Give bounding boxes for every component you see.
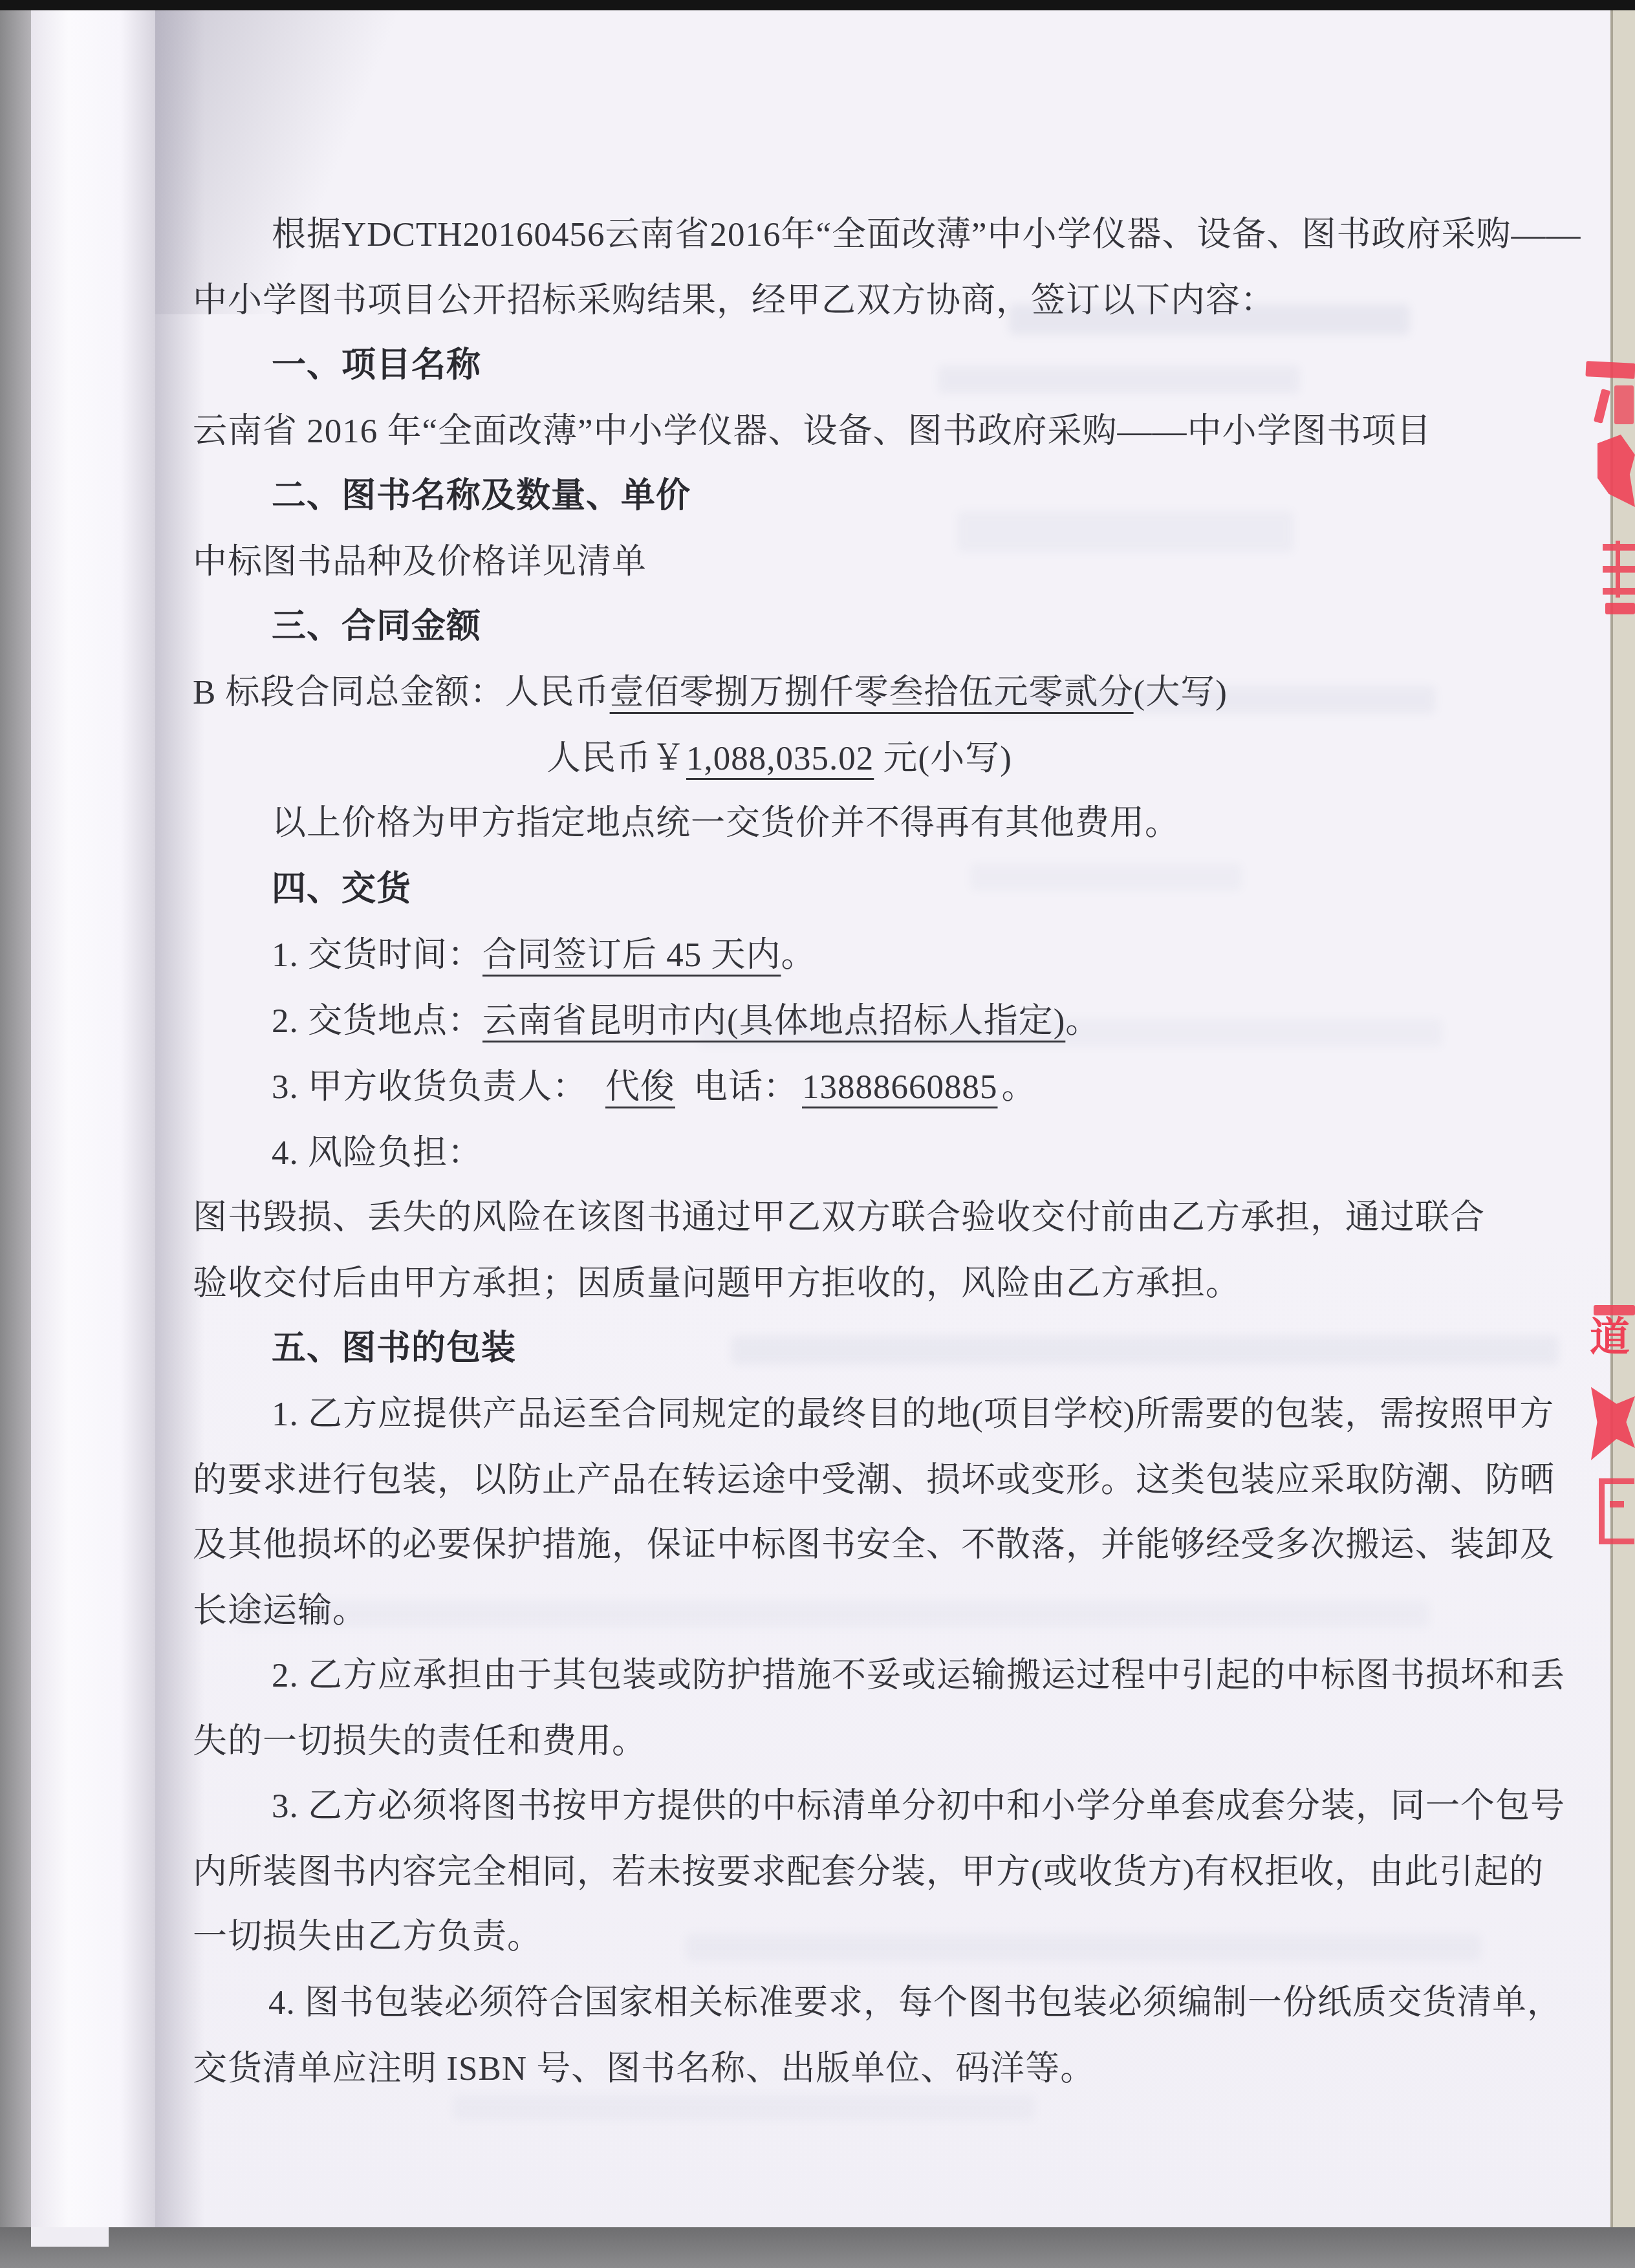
packing-2-line-1: 2. 乙方应承担由于其包装或防护措施不妥或运输搬运过程中引起的中标图书损坏和丢 (272, 1654, 1565, 1697)
receiver-label: 3. 甲方收货负责人： (272, 1068, 587, 1106)
packing-2-line-2: 失的一切损失的责任和费用。 (193, 1720, 647, 1763)
packing-4-line-1: 4. 图书包装必须符合国家相关标准要求，每个图书包装必须编制一份纸质交货清单， (268, 1982, 1562, 2024)
scanner-right-edge (1610, 10, 1635, 2230)
packing-1-line-1: 1. 乙方应提供产品运至合同规定的最终目的地(项目学校)所需要的包装，需按照甲方 (272, 1393, 1554, 1436)
receiver-name: 代俊 (587, 1068, 693, 1106)
seal-character-dao: 道 (1590, 1318, 1630, 1358)
delivery-time-value: 合同签订后 45 天内 (482, 936, 781, 974)
underlying-page-edge (31, 10, 155, 2230)
receiver-phone-label: 电话： (693, 1068, 798, 1106)
packing-3-line-2: 内所装图书内容完全相同，若未按要求配套分装，甲方(或收货方)有权拒收，由此引起的 (193, 1851, 1544, 1894)
receiver-line: 3. 甲方收货负责人：代俊电话：13888660885。 (272, 1066, 1037, 1108)
risk-body-line-2: 验收交付后由甲方承担；因质量问题甲方拒收的，风险由乙方承担。 (193, 1262, 1240, 1305)
seal-stroke (1605, 603, 1635, 614)
seal-stroke (1585, 361, 1635, 379)
contract-amount-words-line: B 标段合同总金额：人民币壹佰零捌万捌仟零叁拾伍元零贰分(大写) (193, 671, 1228, 714)
section-4-heading: 四、交货 (272, 868, 411, 911)
top-left-corner-shadow (155, 10, 504, 314)
scanner-bottom-edge (0, 2227, 1635, 2268)
risk-heading-line: 4. 风险负担： (272, 1132, 482, 1174)
delivery-place-line: 2. 交货地点：云南省昆明市内(具体地点招标人指定)。 (272, 1000, 1100, 1042)
seal-stroke (1614, 385, 1634, 424)
receiver-phone-number: 13888660885 (798, 1068, 1002, 1106)
seal-partial-character (1603, 541, 1635, 598)
packing-3-line-3: 一切损失由乙方负责。 (193, 1916, 542, 1958)
numeric-prefix: 人民币￥ (547, 740, 686, 777)
scanner-left-edge (0, 10, 31, 2230)
section-3-heading: 三、合同金额 (272, 605, 481, 648)
bleed-through-smudge (731, 1335, 1559, 1365)
scanned-contract-page: 根据YDCTH20160456云南省2016年“全面改薄”中小学仪器、设备、图书… (0, 0, 1635, 2268)
page-curl-shadow (155, 10, 213, 2227)
book-list-note-line: 中标图书品种及价格详见清单 (193, 541, 647, 583)
amount-numeric: 1,088,035.02 (686, 740, 874, 777)
bleed-through-smudge (233, 1601, 1429, 1628)
amount-suffix: (大写) (1134, 674, 1228, 711)
bleed-through-smudge (957, 511, 1294, 552)
receiver-period: 。 (1002, 1068, 1037, 1106)
project-name-line: 云南省 2016 年“全面改薄”中小学仪器、设备、图书政府采购——中小学图书项目 (193, 410, 1432, 453)
bleed-through-smudge (938, 365, 1300, 394)
price-note-line: 以上价格为甲方指定地点统一交货价并不得再有其他费用。 (272, 802, 1180, 845)
delivery-time-period: 。 (781, 936, 816, 974)
delivery-place-label: 2. 交货地点： (272, 1002, 482, 1040)
intro-line-2: 中小学图书项目公开招标采购结果，经甲乙双方协商，签订以下内容： (193, 279, 1275, 322)
intro-line-1: 根据YDCTH20160456云南省2016年“全面改薄”中小学仪器、设备、图书… (272, 213, 1581, 256)
packing-1-line-3: 及其他损坏的必要保护措施，保证中标图书安全、不散落，并能够经受多次搬运、装卸及 (193, 1524, 1555, 1566)
bleed-through-smudge (453, 2095, 1035, 2120)
contract-amount-numeric-line: 人民币￥1,088,035.02 元(小写) (547, 737, 1012, 780)
paper-sheet (155, 10, 1610, 2227)
seal-stroke (1594, 1305, 1635, 1315)
packing-1-line-4: 长途运输。 (193, 1590, 367, 1632)
section-5-heading: 五、图书的包装 (272, 1327, 516, 1370)
delivery-time-line: 1. 交货时间：合同签订后 45 天内。 (272, 934, 816, 977)
page-bottom-corner (31, 2227, 109, 2247)
amount-prefix: B 标段合同总金额：人民币 (193, 674, 610, 711)
seal-stroke (1610, 1501, 1624, 1507)
section-2-heading: 二、图书名称及数量、单价 (272, 475, 691, 517)
seal-partial-character (1599, 1478, 1634, 1544)
bleed-through-smudge (970, 863, 1242, 891)
packing-3-line-1: 3. 乙方必须将图书按甲方提供的中标清单分初中和小学分单套成套分装，同一个包号 (272, 1785, 1565, 1828)
delivery-time-label: 1. 交货时间： (272, 936, 482, 974)
scanner-top-edge (0, 0, 1635, 10)
packing-4-line-2: 交货清单应注明 ISBN 号、图书名称、出版单位、码洋等。 (193, 2047, 1095, 2090)
numeric-suffix: 元(小写) (874, 740, 1012, 777)
section-1-heading: 一、项目名称 (272, 344, 481, 387)
bleed-through-smudge (686, 1934, 1481, 1961)
delivery-place-value: 云南省昆明市内(具体地点招标人指定) (482, 1002, 1065, 1040)
amount-in-words: 壹佰零捌万捌仟零叁拾伍元零贰分 (610, 674, 1134, 711)
delivery-place-period: 。 (1065, 1002, 1100, 1040)
risk-body-line-1: 图书毁损、丢失的风险在该图书通过甲乙双方联合验收交付前由乙方承担，通过联合 (193, 1196, 1485, 1239)
packing-1-line-2: 的要求进行包装，以防止产品在转运途中受潮、损坏或变形。这类包装应采取防潮、防晒 (193, 1459, 1555, 1502)
